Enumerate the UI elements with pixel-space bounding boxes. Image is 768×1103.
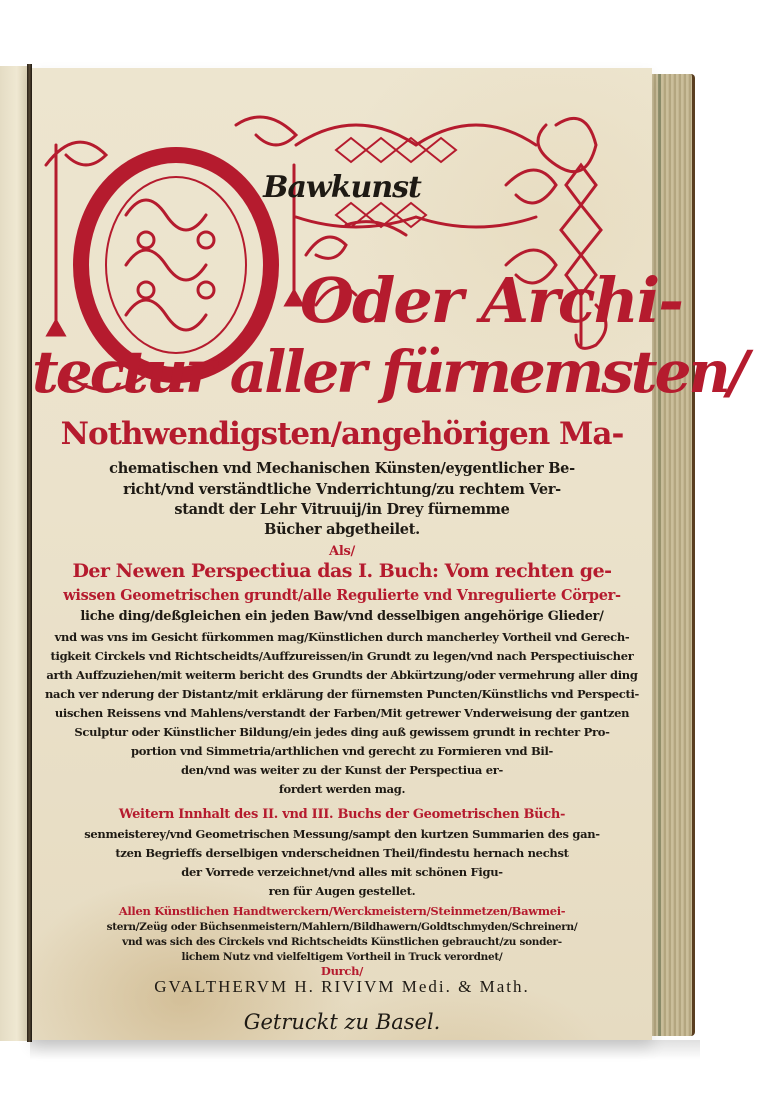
book1-line: nach ver nderung der Distantz/mit erklär… [32, 686, 652, 703]
books23-line: der Vorrede verzeichnet/vnd alles mit sc… [32, 864, 652, 881]
book1-line: portion vnd Simmetria/arthlichen vnd ger… [32, 743, 652, 760]
books23-line: ren für Augen gestellet. [32, 883, 652, 900]
subtitle-line: chematischen vnd Mechanischen Künsten/ey… [32, 459, 652, 479]
als-label: Als/ [32, 542, 652, 562]
page-block-edges [652, 74, 695, 1036]
dedication-red-line: Allen Künstlichen Handtwerckern/Werckmei… [32, 903, 652, 920]
main-title-line-2: tectur aller fürnemsten/ [32, 338, 652, 406]
book1-line: den/vnd was weiter zu der Kunst der Pers… [32, 762, 652, 779]
book1-line: Sculptur oder Künstlicher Bildung/ein je… [32, 724, 652, 741]
left-page-edge [0, 66, 29, 1041]
subtitle-line: richt/vnd verständtliche Vnderrichtung/z… [32, 480, 652, 500]
books23-line: senmeisterey/vnd Geometrischen Messung/s… [32, 826, 652, 843]
subtitle-line: Bücher abgetheilet. [32, 520, 652, 540]
imprint-line: Getruckt zu Basel. [32, 1010, 652, 1034]
book-photo: Bawkunst Oder Archi- tectur aller fürnem… [0, 0, 768, 1103]
book1-line: liche ding/deßgleichen ein jeden Baw/vnd… [32, 607, 652, 627]
book1-line: uischen Reissens vnd Mahlens/verstandt d… [32, 705, 652, 722]
book1-red-line-2: wissen Geometrischen grundt/alle Regulie… [32, 586, 652, 606]
book1-line: fordert werden mag. [32, 781, 652, 798]
book-shadow [30, 1040, 700, 1060]
books23-line: tzen Begrieffs derselbigen vnderscheidne… [32, 845, 652, 862]
book1-line: vnd was vns im Gesicht fürkommen mag/Kün… [32, 629, 652, 646]
book1-red-line-1: Der Newen Perspectiua das I. Buch: Vom r… [32, 560, 652, 582]
books23-red-line: Weitern Innhalt des II. vnd III. Buchs d… [32, 805, 652, 825]
main-title-line-1: Oder Archi- [300, 264, 640, 337]
main-title-line-3: Nothwendigsten/angehörigen Ma- [32, 416, 652, 452]
author-line: GVALTHERVM H. RIVIVM Medi. & Math. [32, 977, 652, 997]
book1-line: arth Auffzuziehen/mit weiterm bericht de… [32, 667, 652, 684]
header-bawkunst: Bawkunst [32, 170, 652, 205]
book1-line: tigkeit Circkels vnd Richtscheidts/Auffz… [32, 648, 652, 665]
subtitle-line: standt der Lehr Vitruuij/in Drey fürnemm… [32, 500, 652, 520]
